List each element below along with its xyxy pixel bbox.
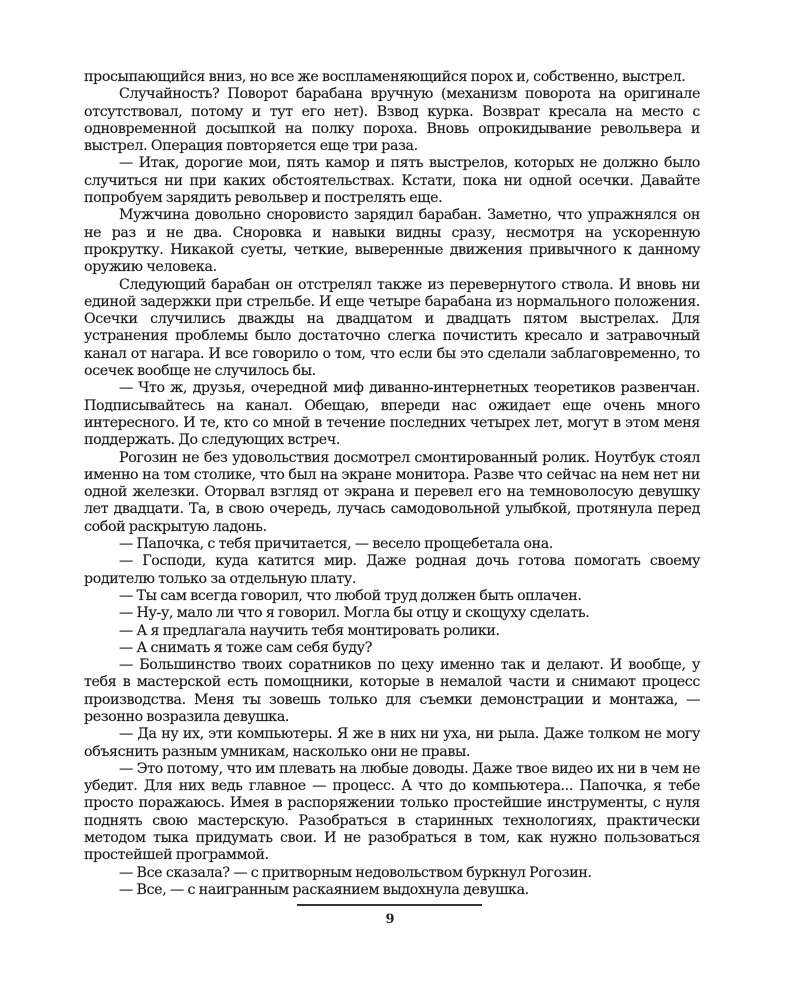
dialogue-line: — Ну-у, мало ли что я говорил. Могла бы … (84, 605, 700, 622)
dialogue-line: — Ты сам всегда говорил, что любой труд … (84, 588, 700, 605)
dialogue-line: — Папочка, с тебя причитается, — весело … (84, 536, 700, 553)
dialogue-line: — Господи, куда катится мир. Даже родная… (84, 553, 700, 588)
footer-rule (297, 904, 482, 906)
paragraph: Мужчина довольно сноровисто зарядил бара… (84, 207, 700, 276)
dialogue-line: — А я предлагала научить тебя монтироват… (84, 623, 700, 640)
paragraph: Случайность? Поворот барабана вручную (м… (84, 86, 700, 155)
dialogue-line: — Да ну их, эти компьютеры. Я же в них н… (84, 726, 700, 761)
paragraph: Рогозин не без удовольствия досмотрел см… (84, 450, 700, 536)
dialogue-line: — Все, — с наигранным раскаянием выдохну… (84, 882, 700, 899)
dialogue-line: — А снимать я тоже сам себя буду? (84, 640, 700, 657)
dialogue-line: — Это потому, что им плевать на любые до… (84, 761, 700, 865)
page-number: 9 (0, 912, 780, 927)
dialogue-line: — Все сказала? — с притворным недовольст… (84, 865, 700, 882)
paragraph: — Что ж, друзья, очередной миф диванно-и… (84, 380, 700, 449)
paragraph: — Итак, дорогие мои, пять камор и пять в… (84, 155, 700, 207)
paragraph: Следующий барабан он отстрелял также из … (84, 277, 700, 381)
dialogue-line: — Большинство твоих соратников по цеху и… (84, 657, 700, 726)
paragraph: просыпающийся вниз, но все же воспламеня… (84, 69, 700, 86)
page-body: просыпающийся вниз, но все же воспламеня… (84, 69, 700, 899)
